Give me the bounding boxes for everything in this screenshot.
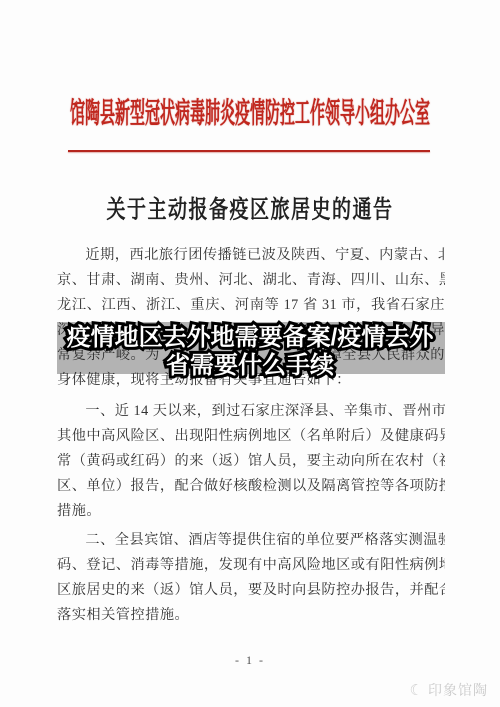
- overlay-caption-line1: 疫情地区去外地需要备案/疫情去外 疫情地区去外地需要备案/疫情去外: [0, 324, 500, 352]
- item1-line: 措施。: [57, 499, 445, 524]
- item2-line: 落实相关管控措施。: [57, 603, 445, 628]
- watermark-logo-icon: ☾: [410, 683, 424, 698]
- letterhead-divider: [68, 150, 430, 152]
- intro-line: 近期，西北旅行团传播链已波及陕西、宁夏、内蒙古、北: [57, 243, 445, 268]
- document-page: 馆陶县新型冠状病毒肺炎疫情防控工作领导小组办公室 关于主动报备疫区旅居史的通告 …: [0, 0, 500, 707]
- intro-line: 龙江、江西、浙江、重庆、河南等 17 省 31 市，我省石家庄: [57, 293, 445, 318]
- item2-line: 区旅居史的来（返）馆人员，要及时向县防控办报告，并配合: [57, 578, 445, 603]
- overlay-caption-line2: 省需要什么手续 省需要什么手续: [0, 352, 500, 380]
- notice-title: 关于主动报备疫区旅居史的通告: [106, 190, 393, 225]
- item1-line: 区、单位）报告，配合做好核酸检测以及隔离管控等各项防控: [57, 474, 445, 499]
- watermark: ☾ 印象馆陶: [410, 680, 488, 700]
- item2-line: 码、登记、消毒等措施，发现有中高风险地区或有阳性病例地: [57, 553, 445, 578]
- item1-line: 其他中高风险区、出现阳性病例地区（名单附后）及健康码异: [57, 424, 445, 449]
- item1-line: 常（黄码或红码）的来（返）馆人员，要主动向所在农村（社: [57, 449, 445, 474]
- letterhead: 馆陶县新型冠状病毒肺炎疫情防控工作领导小组办公室: [0, 0, 500, 140]
- notice-body: 近期，西北旅行团传播链已波及陕西、宁夏、内蒙古、北 京、甘肃、湖南、贵州、河北、…: [57, 243, 445, 628]
- watermark-text: 印象馆陶: [428, 680, 488, 700]
- item1-line: 一、近 14 天以来，到过石家庄深泽县、辛集市、晋州市、: [57, 399, 445, 424]
- item2-line: 二、全县宾馆、酒店等提供住宿的单位要严格落实测温验: [57, 528, 445, 553]
- overlay-caption: 疫情地区去外地需要备案/疫情去外 疫情地区去外地需要备案/疫情去外 省需要什么手…: [0, 324, 500, 380]
- letterhead-office-name: 馆陶县新型冠状病毒肺炎疫情防控工作领导小组办公室: [70, 92, 430, 132]
- intro-line: 京、甘肃、湖南、贵州、河北、湖北、青海、四川、山东、黑: [57, 268, 445, 293]
- page-number: - 1 -: [0, 653, 500, 668]
